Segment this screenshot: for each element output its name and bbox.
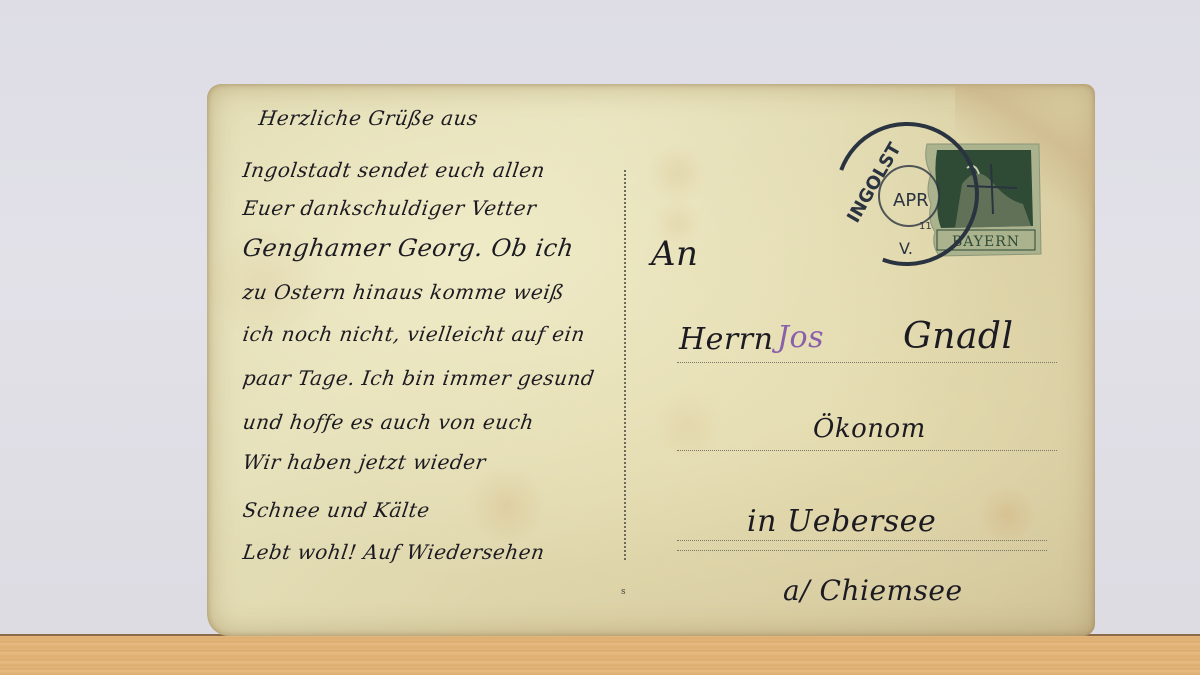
address-salutation: An: [651, 234, 698, 274]
message-line: zu Ostern hinaus komme weiß: [241, 280, 566, 304]
address-recipient-prefix: Herrn: [679, 322, 773, 357]
printer-mark: s: [621, 587, 626, 597]
address-line: [677, 550, 1047, 551]
message-line: Herzliche Grüße aus: [257, 106, 479, 130]
address-recipient-firstname: Jos: [777, 320, 824, 355]
postcard: Herzliche Grüße aus Ingolstadt sendet eu…: [207, 84, 1095, 636]
address-line: [677, 450, 1057, 451]
wooden-shelf: [0, 634, 1200, 675]
stamp-and-postmark: BAYERN INGOLST APR 11 V.: [827, 104, 1047, 284]
message-line: Genghamer Georg. Ob ich: [241, 234, 576, 262]
message-line: Schnee und Kälte: [241, 498, 431, 522]
message-line: paar Tage. Ich bin immer gesund: [241, 366, 596, 390]
message-line: Wir haben jetzt wieder: [241, 450, 487, 474]
message-line: Lebt wohl! Auf Wiedersehen: [241, 540, 546, 564]
address-line: [677, 540, 1047, 541]
address-line: [677, 362, 1057, 363]
address-town: in Uebersee: [747, 504, 936, 539]
message-line: Ingolstadt sendet euch allen: [241, 158, 546, 182]
postmark-day: 11: [919, 221, 932, 232]
message-line: Euer dankschuldiger Vetter: [241, 196, 538, 220]
message-line: und hoffe es auch von euch: [241, 410, 535, 434]
stamp: BAYERN: [926, 144, 1041, 256]
address-recipient-name: Gnadl: [903, 316, 1013, 357]
postmark-month: APR: [893, 190, 929, 211]
message-line: ich noch nicht, vielleicht auf ein: [241, 322, 586, 346]
center-divider: [624, 170, 626, 560]
address-region: a/ Chiemsee: [783, 574, 963, 607]
address-occupation: Ökonom: [813, 414, 926, 444]
postmark-suffix: V.: [899, 239, 913, 258]
